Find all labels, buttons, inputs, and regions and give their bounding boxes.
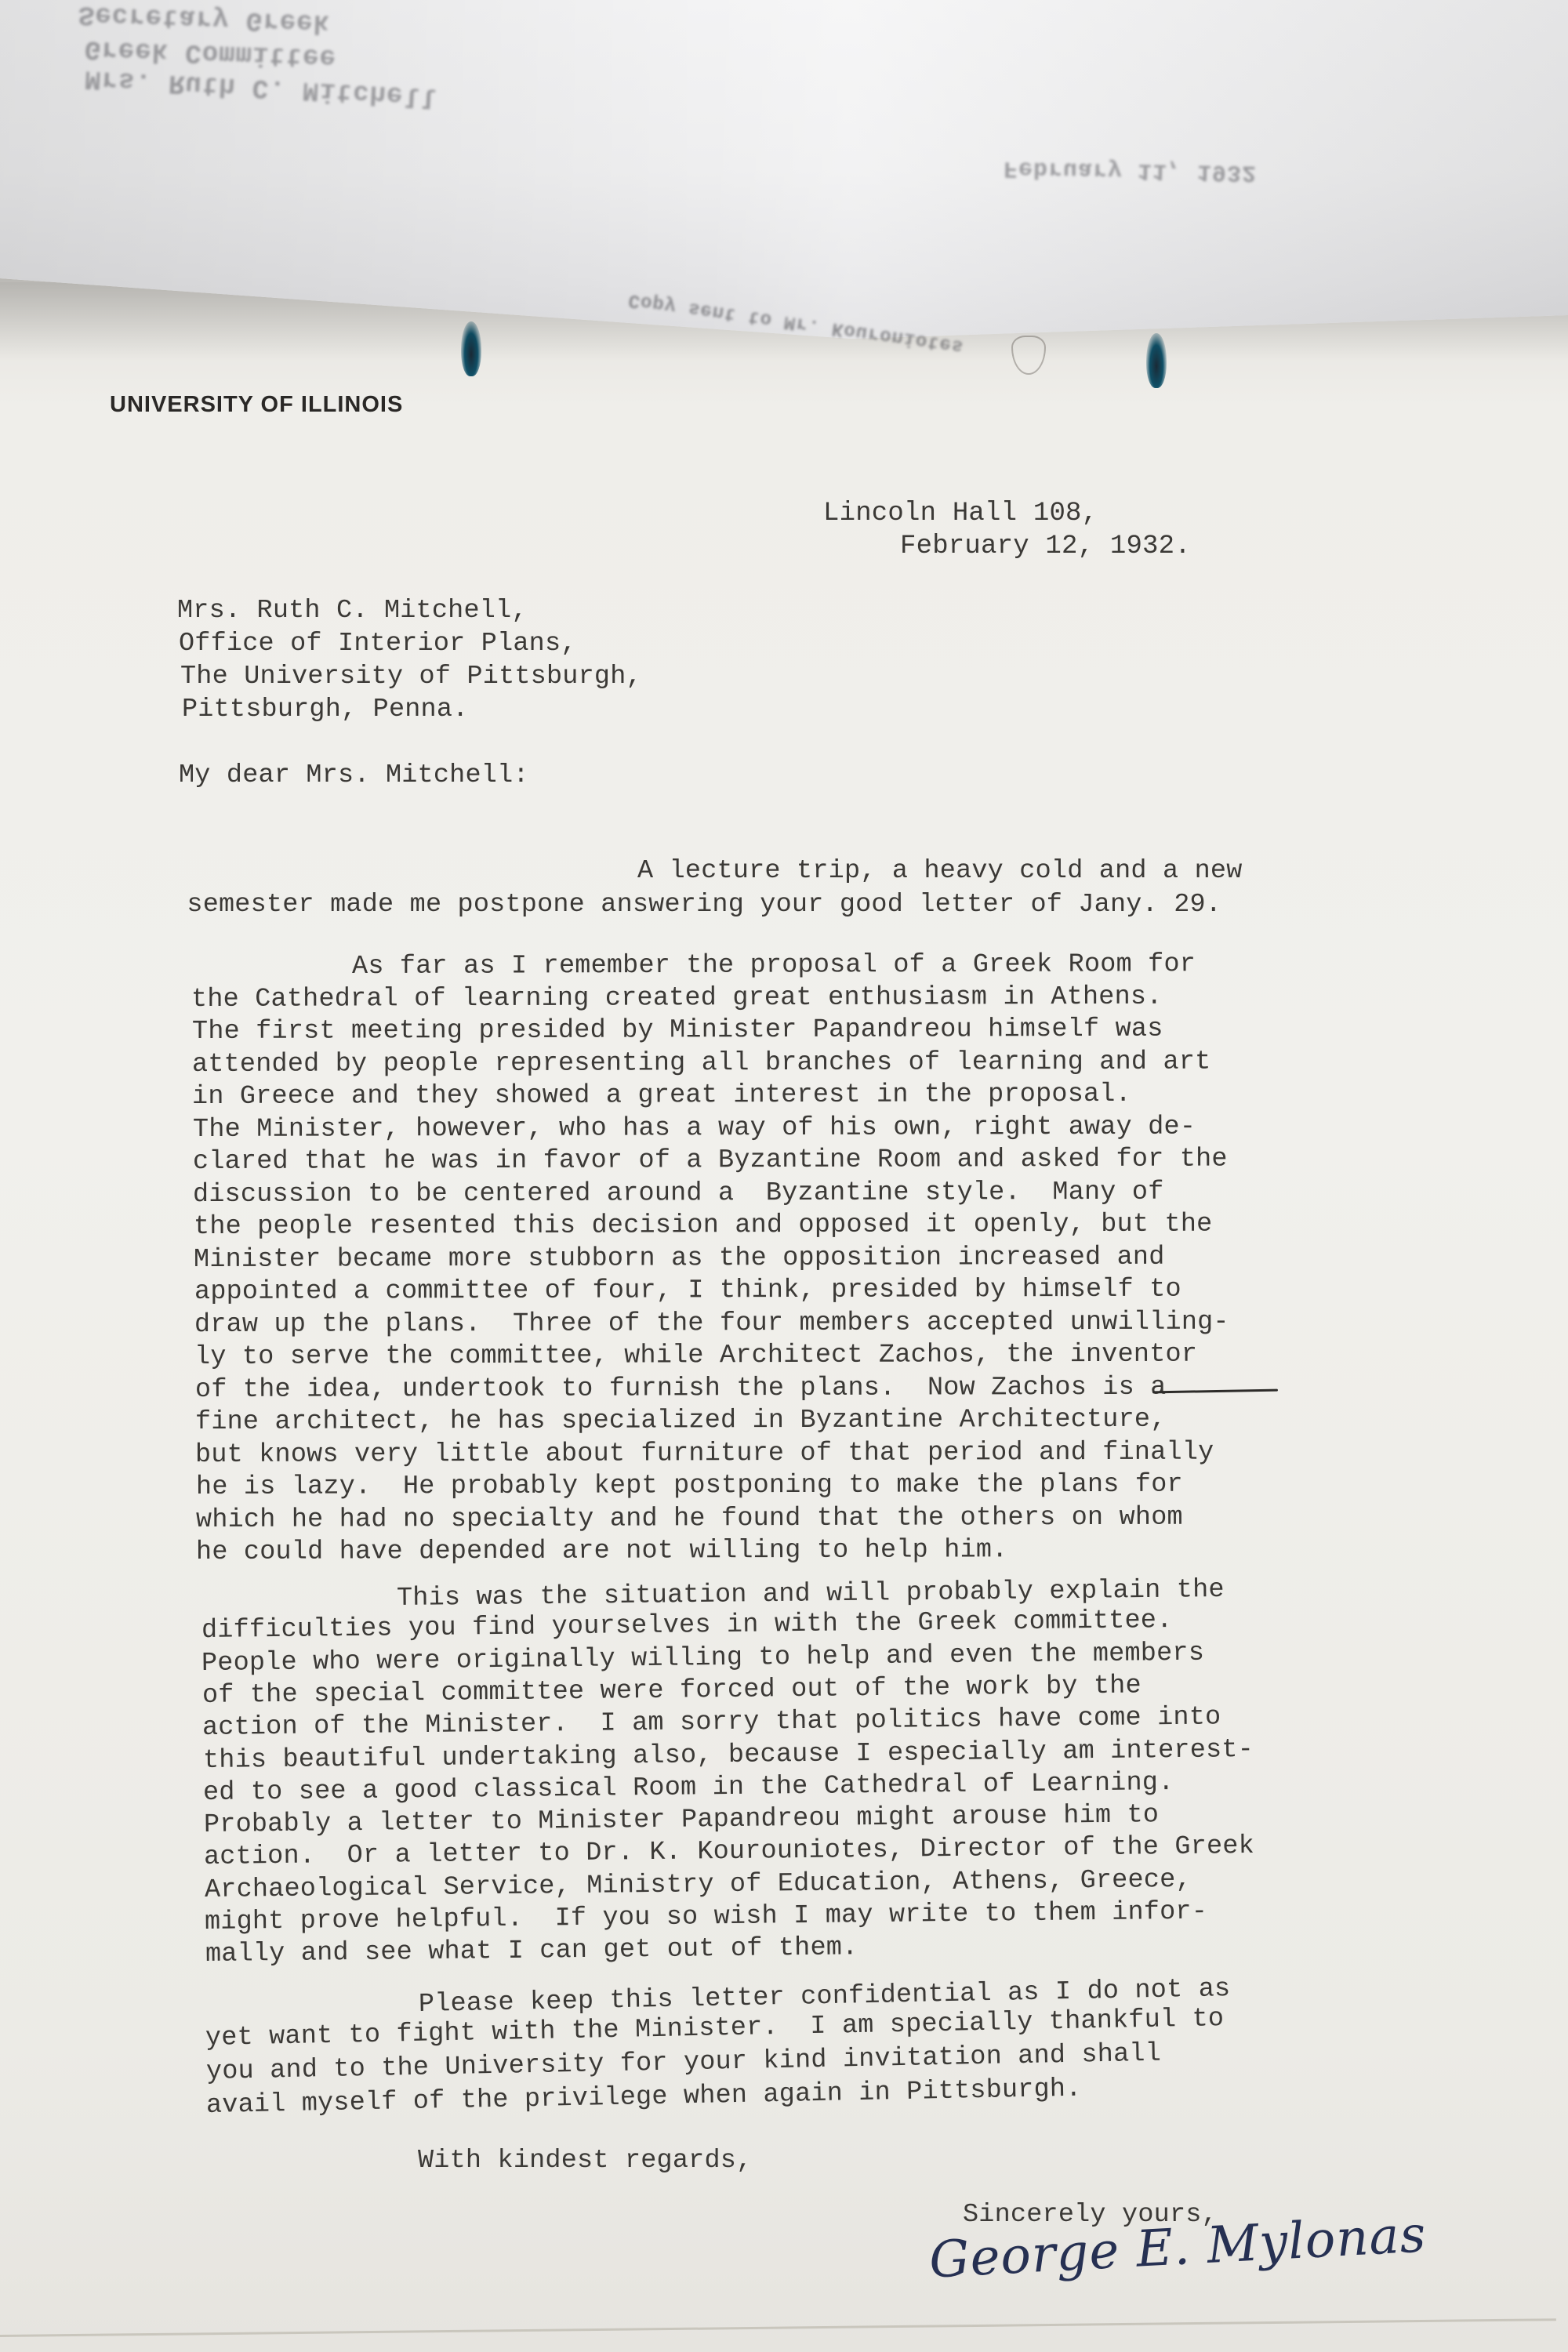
body-line: the people resented this decision and op… (194, 1210, 1213, 1242)
body-line: appointed a committee of four, I think, … (194, 1275, 1181, 1307)
body-line: discussion to be centered around a Byzan… (193, 1177, 1164, 1209)
body-line: ly to serve the committee, while Archite… (194, 1340, 1197, 1372)
body-line: fine architect, he has specialized in By… (195, 1405, 1167, 1437)
recipient-line: Office of Interior Plans, (179, 629, 577, 659)
body-line: draw up the plans. Three of the four mem… (194, 1307, 1229, 1339)
body-line: the Cathedral of learning created great … (191, 982, 1163, 1014)
body-line: A lecture trip, a heavy cold and a new (637, 856, 1243, 886)
body-line: of the idea, undertook to furnish the pl… (194, 1372, 1166, 1404)
closing-regards: With kindest regards, (418, 2146, 752, 2176)
body-line: in Greece and they showed a great intere… (192, 1080, 1131, 1112)
sender-address: Lincoln Hall 108, (823, 499, 1098, 528)
body-line: he could have depended are not willing t… (196, 1535, 1008, 1567)
body-line: attended by people representing all bran… (192, 1047, 1211, 1079)
recipient-line: Mrs. Ruth C. Mitchell, (177, 596, 528, 626)
overlay-ghost-date: February 11, 1932 (1004, 154, 1258, 186)
body-line: clared that he was in favor of a Byzanti… (193, 1145, 1228, 1177)
body-line: which he had no specialty and he found t… (196, 1502, 1183, 1534)
letter-date: February 12, 1932. (900, 532, 1191, 561)
recipient-line: The University of Pittsburgh, (180, 662, 642, 691)
body-line: The Minister, however, who has a way of … (193, 1112, 1196, 1144)
body-line: semester made me postpone answering your… (187, 890, 1221, 920)
body-line: The first meeting presided by Minister P… (192, 1014, 1163, 1047)
body-line: but knows very little about furniture of… (195, 1437, 1214, 1469)
body-line: he is lazy. He probably kept postponing … (196, 1470, 1183, 1502)
body-line: As far as I remember the proposal of a G… (352, 949, 1196, 982)
salutation: My dear Mrs. Mitchell: (179, 760, 529, 790)
letterhead: UNIVERSITY OF ILLINOIS (110, 392, 403, 418)
body-line: Minister became more stubborn as the opp… (194, 1242, 1165, 1274)
recipient-line: Pittsburgh, Penna. (182, 695, 468, 724)
